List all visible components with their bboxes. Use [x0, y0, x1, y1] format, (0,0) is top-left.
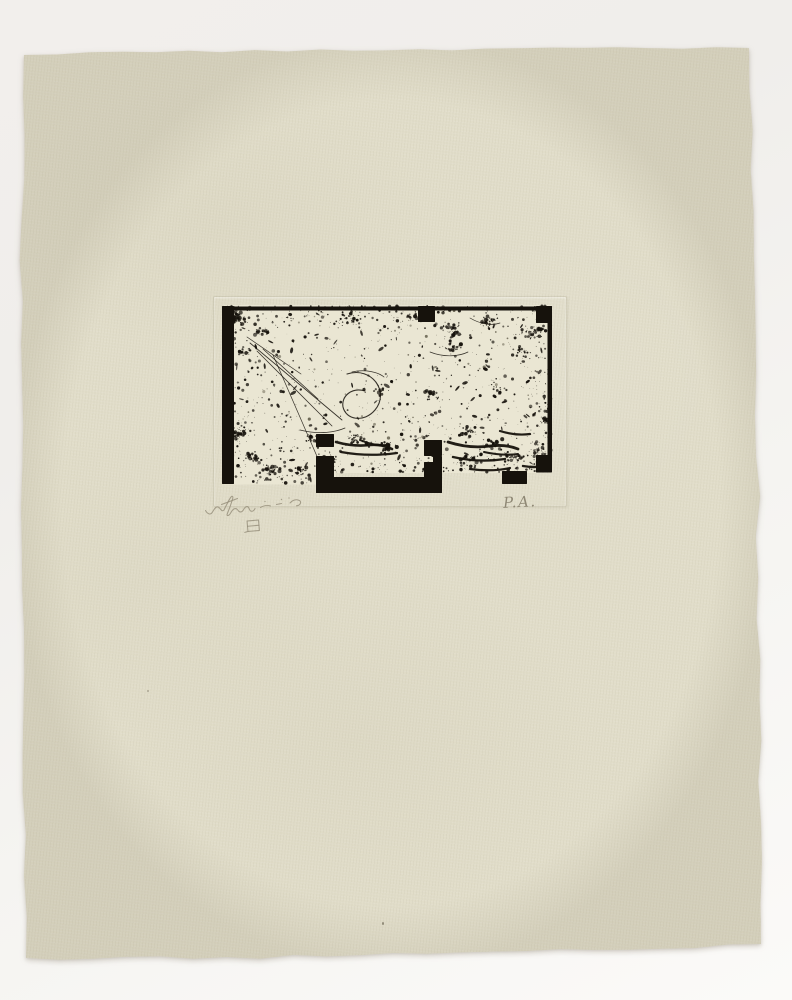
pencil-inscriptions: P.A.: [195, 483, 555, 543]
artist-monogram: [244, 520, 260, 532]
paper-fleck: [147, 690, 149, 692]
proof-inscription: P.A.: [502, 492, 537, 512]
photograph-backdrop: P.A.: [0, 0, 792, 1000]
artist-signature: [206, 496, 301, 515]
etching-image: [212, 296, 564, 508]
paper-fleck: [382, 922, 384, 925]
